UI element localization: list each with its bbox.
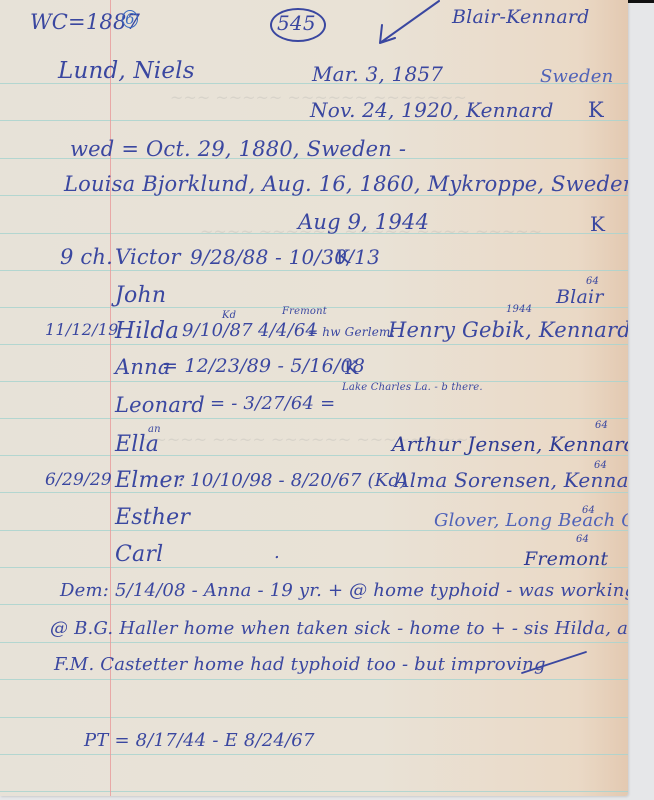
child-dates-sup-hilda: Kd [222,310,236,321]
head-birth-date: Mar. 3, 1857 [312,62,443,86]
rule-line [0,381,628,382]
child-margin-date-elmer: 6/29/29 [45,470,112,490]
rule-line [0,717,628,718]
scanner-edge-bar [624,0,654,3]
rule-line [0,604,628,605]
child-mark-victor: K [336,246,350,268]
child-name-john: John [115,283,166,308]
child-sup-elmer: 64 [594,460,607,471]
note-line-1: Dem: 5/14/08 - Anna - 19 yr. + @ home ty… [60,580,628,601]
head-death-mark: K [588,98,604,122]
child-dates-anna: = 12/23/89 - 5/16/08 [162,355,365,377]
child-sup-hilda: 1944 [506,304,532,315]
children-count: 9 ch. [60,245,113,269]
ruled-paper-page: ~~~ ~~~~~ ~~~~~~ ~~~~~~~ ~~~~ ~~~~~~ ~~~… [0,0,628,796]
child-place-carl: Fremont [524,548,608,570]
location-heading: Blair-Kennard [452,6,590,28]
child-dates-carl: . [274,542,280,563]
child-dates-elmer: : 10/10/98 - 8/20/67 (Kd) [178,470,407,491]
head-death: Nov. 24, 1920, Kennard [310,98,554,122]
child-dates-hilda: 9/10/87 [182,320,253,341]
rule-line [0,418,628,419]
rule-line [0,754,628,755]
note-end-flourish-icon [520,648,590,678]
head-name: Lund, Niels [58,58,195,84]
child-name-victor: Victor [115,245,181,269]
child-name-elmer: Elmer [115,468,184,493]
child-sup-john: 64 [586,276,599,287]
record-number: 545 [277,11,316,35]
child-name-ella: Ella [115,432,159,457]
child-spouse-hilda: Henry Gebik, Kennard [388,318,628,342]
child-dates-leonard: = - 3/27/64 = [210,393,335,414]
rule-line [0,642,628,643]
child-name-hilda: Hilda [115,318,179,344]
note-line-3: F.M. Castetter home had typhoid too - bu… [54,654,546,675]
child-name-sup-ella: an [148,424,161,435]
child-note-hilda: = hw Gerlem: [308,325,395,339]
child-sup-ella: 64 [595,420,608,431]
child-name-esther: Esther [115,505,190,530]
child-mark-anna: K [344,357,358,379]
child-name-carl: Carl [115,542,163,567]
child-spouse-elmer: Alma Sorensen, Kennard [395,468,628,492]
head-birth-place: Sweden [540,66,613,87]
rule-line [0,344,628,345]
spouse-name-birth: Louisa Bjorklund, Aug. 16, 1860, Mykropp… [64,172,628,196]
child-place-john: Blair [556,286,604,308]
margin-line [110,0,111,796]
child-dates-victor: 9/28/88 - 10/30/13 [190,245,380,269]
child-spouse-ella: Arthur Jensen, Kennard [392,432,628,456]
child-name-leonard: Leonard [115,393,205,417]
child-extra-sup-hilda: Fremont [282,306,327,317]
spouse-death: Aug 9, 1944 [298,210,429,234]
child-margin-date-hilda: 11/12/19 [45,320,118,339]
rule-line [0,679,628,680]
child-sup-esther: 64 [582,505,595,516]
rule-line [0,270,628,271]
spouse-death-mark: K [590,212,605,236]
child-sup-carl: 64 [576,534,589,545]
wc-circled-digit: 6 [122,10,138,28]
checkmark-icon [375,0,445,48]
child-note-leonard: Lake Charles La. - b there. [342,382,483,393]
footer-line: PT = 8/17/44 - E 8/24/67 [84,730,315,751]
child-spouse-esther: Glover, Long Beach Cal [434,510,628,531]
note-line-2: @ B.G. Haller home when taken sick - hom… [50,618,628,639]
marriage-line: wed = Oct. 29, 1880, Sweden - [70,137,406,161]
rule-line [0,492,628,493]
rule-line [0,791,628,792]
